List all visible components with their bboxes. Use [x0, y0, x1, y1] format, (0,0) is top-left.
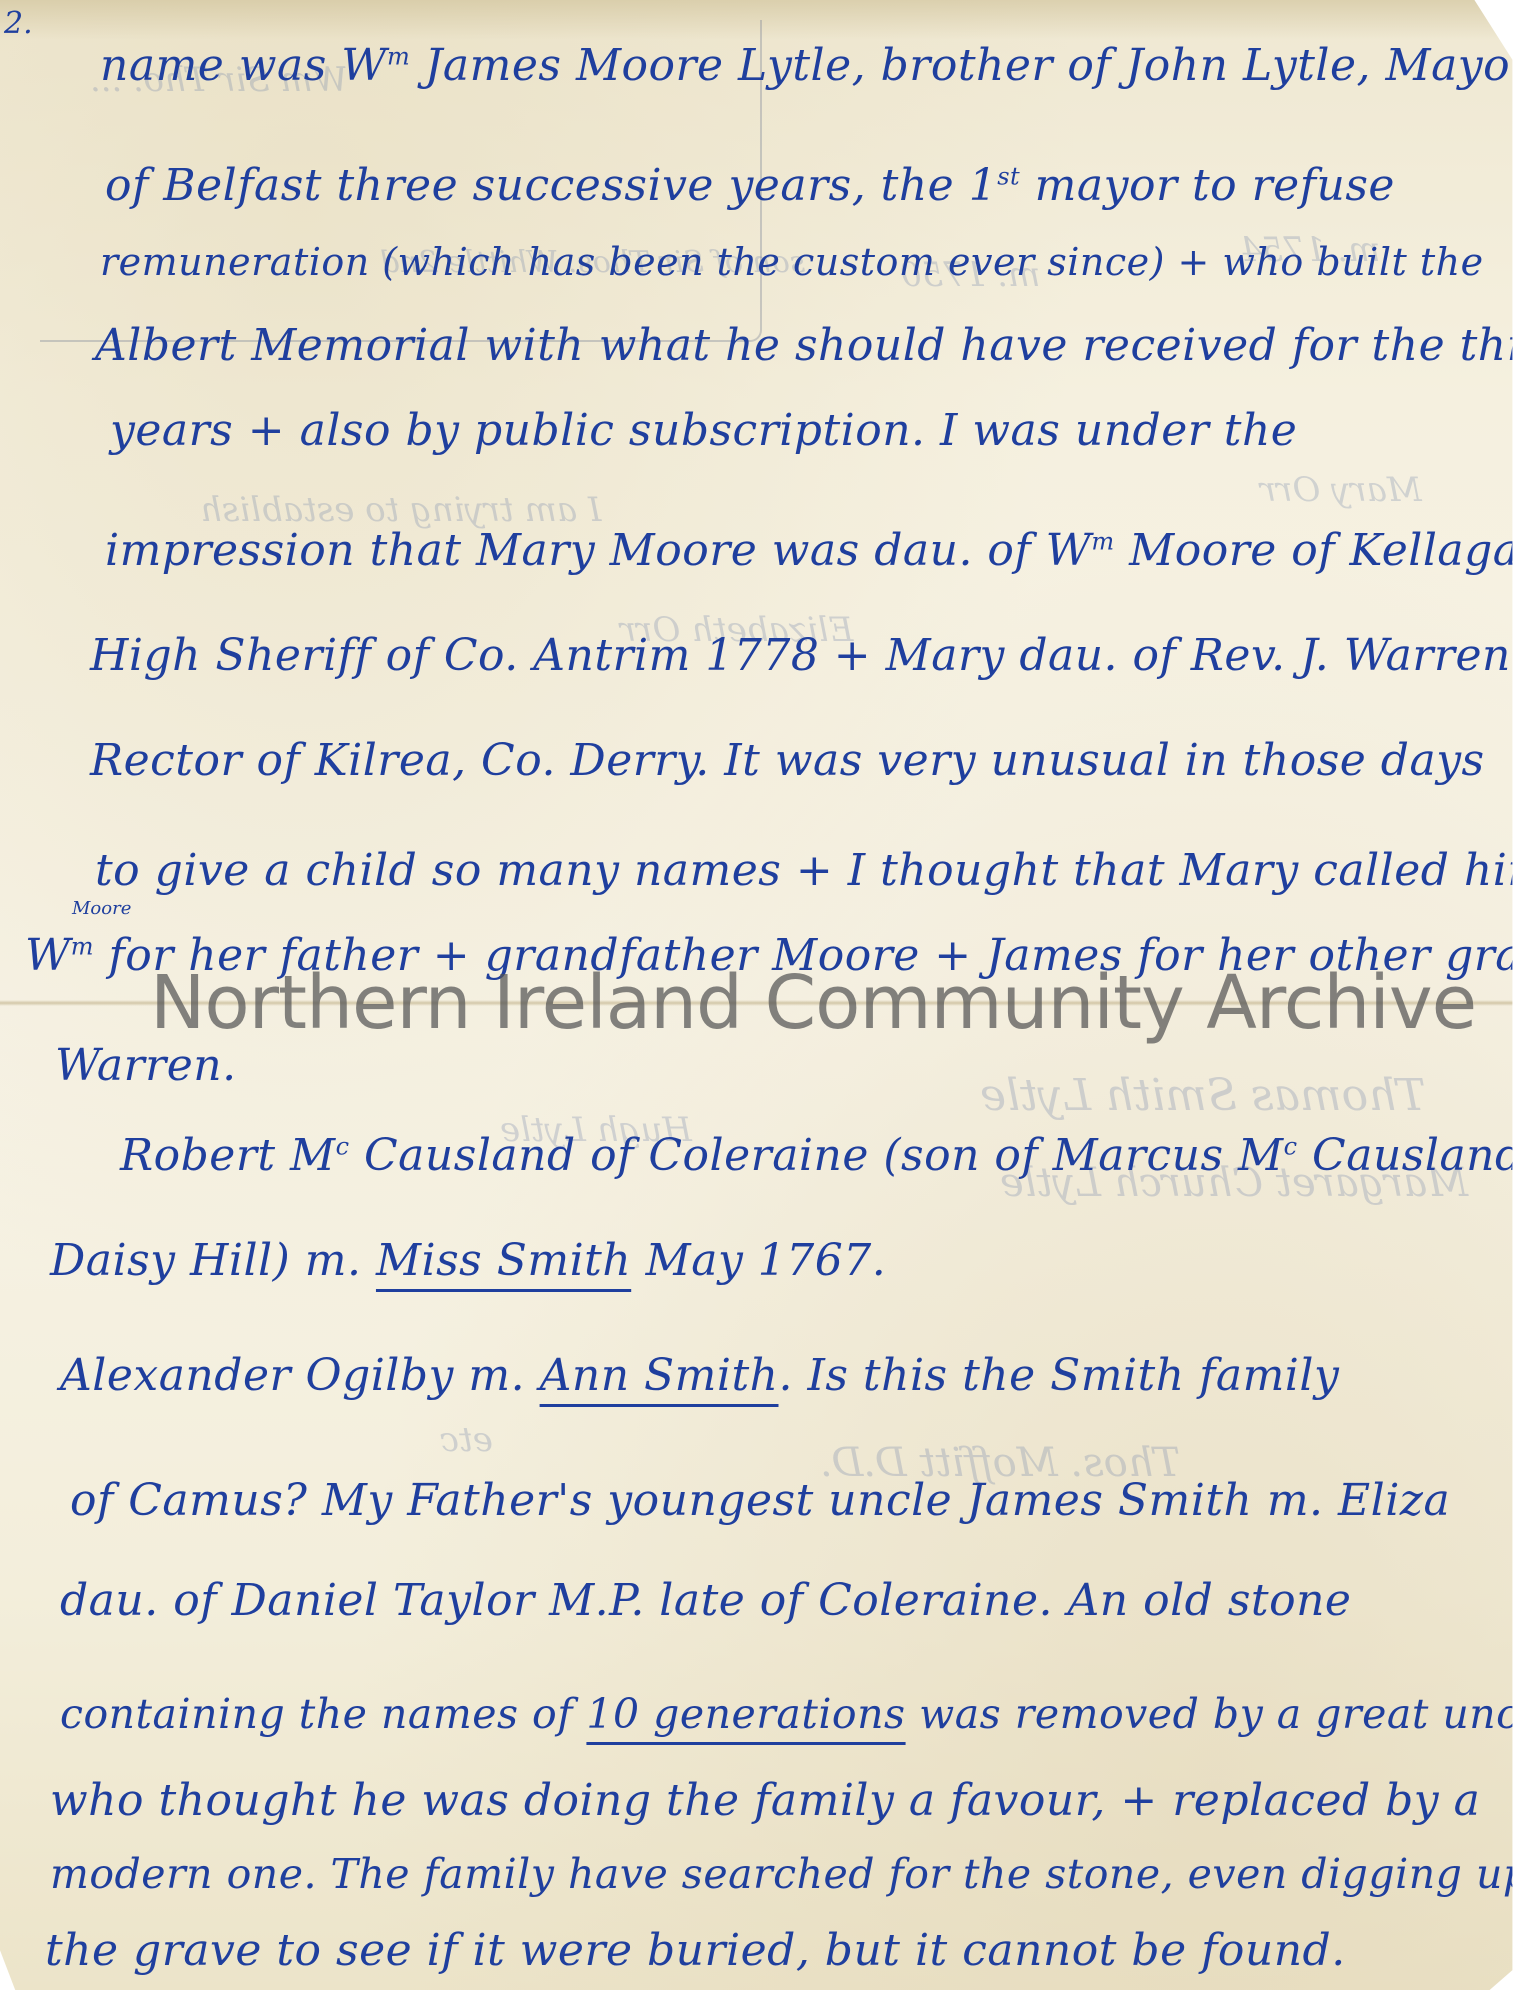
underlined-text: 10 generations — [586, 1690, 905, 1738]
superscript: c — [1284, 1132, 1298, 1160]
handwritten-line-1: name was Wm James Moore Lytle, brother o… — [100, 40, 1532, 91]
handwritten-line-3: remuneration (which has been the custom … — [100, 240, 1484, 284]
underlined-text: Miss Smith — [376, 1235, 631, 1286]
text-segment: Robert M — [120, 1130, 336, 1181]
text-segment: the grave to see if it were buried, but … — [45, 1925, 1346, 1976]
text-segment: James Moore Lytle, brother of John Lytle… — [410, 40, 1531, 91]
text-segment: of Belfast three successive years, the 1 — [105, 160, 997, 211]
text-segment: May 1767. — [631, 1235, 886, 1286]
bleed-through-text: Mary Orr — [1260, 470, 1422, 510]
handwritten-line-19: modern one. The family have searched for… — [50, 1850, 1530, 1898]
text-segment: years + also by public subscription. I w… — [110, 405, 1297, 456]
text-segment: was removed by a great uncle, — [906, 1690, 1537, 1738]
interlinear-insertion: Moore — [72, 898, 131, 919]
handwritten-line-15: of Camus? My Father's youngest uncle Jam… — [70, 1475, 1450, 1526]
handwritten-line-17: containing the names of 10 generations w… — [60, 1690, 1537, 1738]
superscript: m — [1091, 527, 1114, 555]
handwritten-line-6: impression that Mary Moore was dau. of W… — [105, 525, 1537, 576]
text-segment: impression that Mary Moore was dau. of W — [105, 525, 1091, 576]
bleed-through-text: I am trying to establish — [200, 490, 601, 530]
handwritten-line-16: dau. of Daniel Taylor M.P. late of Coler… — [60, 1575, 1351, 1626]
handwritten-line-12: Robert Mc Causland of Coleraine (son of … — [120, 1130, 1537, 1181]
text-segment: Moore of Kellagan, — [1115, 525, 1537, 576]
text-segment: Daisy Hill) m. — [50, 1235, 376, 1286]
superscript: c — [336, 1132, 350, 1160]
text-segment: dau. of Daniel Taylor M.P. late of Coler… — [60, 1575, 1351, 1626]
handwritten-line-13: Daisy Hill) m. Miss Smith May 1767. — [50, 1235, 886, 1286]
text-segment: to give a child so many names + I though… — [95, 845, 1537, 896]
text-segment: Causland of — [1298, 1130, 1537, 1181]
handwritten-line-11: Warren. — [55, 1040, 237, 1091]
bleed-through-text: etc — [440, 1420, 493, 1460]
text-segment: name was W — [100, 40, 387, 91]
archive-watermark: Northern Ireland Community Archive — [150, 960, 1476, 1046]
text-segment: High Sheriff of Co. Antrim 1778 + Mary d… — [90, 630, 1511, 681]
underlined-text: Ann Smith — [540, 1350, 779, 1401]
handwritten-line-7: High Sheriff of Co. Antrim 1778 + Mary d… — [90, 630, 1511, 681]
text-segment: mayor to refuse — [1020, 160, 1395, 211]
text-segment: Rector of Kilrea, Co. Derry. It was very… — [90, 735, 1485, 786]
page-number: 2. — [4, 6, 33, 41]
handwritten-line-9: to give a child so many names + I though… — [95, 845, 1537, 896]
superscript: st — [997, 162, 1020, 190]
text-segment: who thought he was doing the family a fa… — [50, 1775, 1480, 1826]
superscript: m — [387, 42, 410, 70]
text-segment: Albert Memorial with what he should have… — [95, 320, 1537, 371]
handwritten-line-8: Rector of Kilrea, Co. Derry. It was very… — [90, 735, 1485, 786]
handwritten-line-2: of Belfast three successive years, the 1… — [105, 160, 1395, 211]
bleed-through-text: Thomas Smith Lytle — [980, 1070, 1426, 1121]
handwritten-line-4: Albert Memorial with what he should have… — [95, 320, 1537, 371]
text-segment: . Is this the Smith family — [779, 1350, 1340, 1401]
text-segment: Warren. — [55, 1040, 237, 1091]
text-segment: modern one. The family have searched for… — [50, 1850, 1530, 1898]
text-segment: W — [25, 930, 71, 981]
text-segment: Causland of Coleraine (son of Marcus M — [350, 1130, 1284, 1181]
text-segment: containing the names of — [60, 1690, 586, 1738]
handwritten-line-5: years + also by public subscription. I w… — [110, 405, 1297, 456]
handwritten-line-14: Alexander Ogilby m. Ann Smith. Is this t… — [60, 1350, 1339, 1401]
text-segment: Alexander Ogilby m. — [60, 1350, 540, 1401]
handwritten-line-18: who thought he was doing the family a fa… — [50, 1775, 1480, 1826]
text-segment: remuneration (which has been the custom … — [100, 240, 1484, 284]
handwritten-line-20: the grave to see if it were buried, but … — [45, 1925, 1346, 1976]
superscript: m — [71, 932, 94, 960]
text-segment: of Camus? My Father's youngest uncle Jam… — [70, 1475, 1450, 1526]
